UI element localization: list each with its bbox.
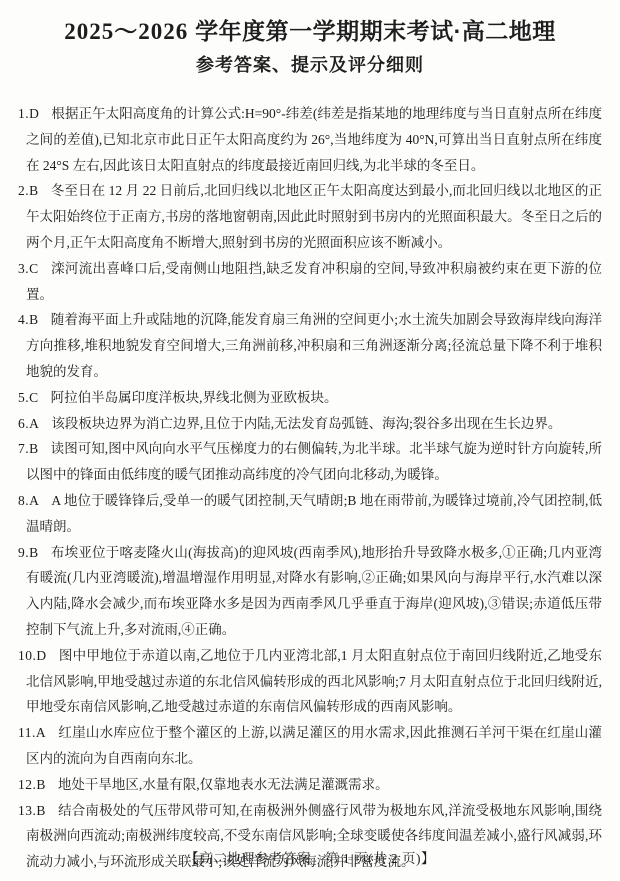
answer-label: 2.B bbox=[18, 183, 39, 198]
page-title: 2025～2026 学年度第一学期期末考试·高二地理 bbox=[18, 16, 602, 47]
answer-text: 根据正午太阳高度角的计算公式:H=90°-纬差(纬差是指某地的地理纬度与当日直射… bbox=[26, 106, 602, 173]
answer-label: 7.B bbox=[18, 441, 39, 456]
answer-item: 4.B随着海平面上升或陆地的沉降,能发育扇三角洲的空间更小;水土流失加剧会导致海… bbox=[18, 307, 602, 384]
page-subtitle: 参考答案、提示及评分细则 bbox=[18, 53, 602, 77]
answer-label: 9.B bbox=[18, 545, 39, 560]
answer-item: 1.D根据正午太阳高度角的计算公式:H=90°-纬差(纬差是指某地的地理纬度与当… bbox=[18, 101, 602, 178]
answer-item: 6.A该段板块边界为消亡边界,且位于内陆,无法发育岛弧链、海沟;裂谷多出现在生长… bbox=[18, 411, 602, 437]
answer-text: 冬至日在 12 月 22 日前后,北回归线以北地区正午太阳高度达到最小,而北回归… bbox=[26, 183, 602, 250]
answer-label: 8.A bbox=[18, 493, 39, 508]
title-year: 2025～2026 bbox=[64, 19, 188, 44]
answer-label: 3.C bbox=[18, 261, 39, 276]
answer-text: 滦河流出喜峰口后,受南侧山地阻挡,缺乏发育冲积扇的空间,导致冲积扇被约束在更下游… bbox=[26, 261, 602, 302]
answer-label: 10.D bbox=[18, 648, 47, 663]
page-header: 2025～2026 学年度第一学期期末考试·高二地理 参考答案、提示及评分细则 bbox=[18, 16, 602, 77]
page-footer: 【高二地理参考答案 第 1 页(共 2 页)】 bbox=[0, 847, 620, 867]
answer-label: 4.B bbox=[18, 312, 39, 327]
answer-item: 10.D图中甲地位于赤道以南,乙地位于几内亚湾北部,1 月太阳直射点位于南回归线… bbox=[18, 643, 602, 720]
answer-text: 随着海平面上升或陆地的沉降,能发育扇三角洲的空间更小;水土流失加剧会导致海岸线向… bbox=[26, 312, 602, 379]
answer-item: 8.AA 地位于暖锋锋后,受单一的暖气团控制,天气晴朗;B 地在雨带前,为暖锋过… bbox=[18, 488, 602, 540]
answer-text: A 地位于暖锋锋后,受单一的暖气团控制,天气晴朗;B 地在雨带前,为暖锋过境前,… bbox=[26, 493, 602, 534]
title-text: 学年度第一学期期末考试·高二地理 bbox=[188, 18, 556, 44]
answer-item: 2.B冬至日在 12 月 22 日前后,北回归线以北地区正午太阳高度达到最小,而… bbox=[18, 178, 602, 255]
answer-label: 13.B bbox=[18, 803, 46, 818]
answer-item: 11.A红崖山水库应位于整个灌区的上游,以满足灌区的用水需求,因此推测石羊河干渠… bbox=[18, 720, 602, 772]
answer-label: 11.A bbox=[18, 725, 46, 740]
document-page: 2025～2026 学年度第一学期期末考试·高二地理 参考答案、提示及评分细则 … bbox=[0, 0, 620, 881]
answer-label: 12.B bbox=[18, 777, 46, 792]
answer-item: 9.B布埃亚位于喀麦隆火山(海拔高)的迎风坡(西南季风),地形抬升导致降水极多,… bbox=[18, 540, 602, 643]
answer-text: 读图可知,图中风向向水平气压梯度力的右侧偏转,为北半球。北半球气旋为逆时针方向旋… bbox=[26, 441, 602, 482]
answer-item: 7.B读图可知,图中风向向水平气压梯度力的右侧偏转,为北半球。北半球气旋为逆时针… bbox=[18, 436, 602, 488]
footer-text: 【高二地理参考答案 第 1 页(共 2 页)】 bbox=[185, 851, 435, 866]
answer-text: 布埃亚位于喀麦隆火山(海拔高)的迎风坡(西南季风),地形抬升导致降水极多,①正确… bbox=[26, 545, 602, 637]
answer-item: 3.C滦河流出喜峰口后,受南侧山地阻挡,缺乏发育冲积扇的空间,导致冲积扇被约束在… bbox=[18, 256, 602, 308]
answer-text: 阿拉伯半岛属印度洋板块,界线北侧为亚欧板块。 bbox=[51, 390, 338, 405]
answer-label: 5.C bbox=[18, 390, 39, 405]
answer-text: 图中甲地位于赤道以南,乙地位于几内亚湾北部,1 月太阳直射点位于南回归线附近,乙… bbox=[26, 648, 602, 715]
answer-text: 该段板块边界为消亡边界,且位于内陆,无法发育岛弧链、海沟;裂谷多出现在生长边界。 bbox=[51, 416, 561, 431]
answer-text: 地处干旱地区,水量有限,仅靠地表水无法满足灌溉需求。 bbox=[58, 777, 389, 792]
answer-item: 5.C阿拉伯半岛属印度洋板块,界线北侧为亚欧板块。 bbox=[18, 385, 602, 411]
answer-list: 1.D根据正午太阳高度角的计算公式:H=90°-纬差(纬差是指某地的地理纬度与当… bbox=[18, 101, 602, 875]
answer-text: 红崖山水库应位于整个灌区的上游,以满足灌区的用水需求,因此推测石羊河干渠在红崖山… bbox=[26, 725, 602, 766]
answer-label: 6.A bbox=[18, 416, 39, 431]
answer-item: 12.B地处干旱地区,水量有限,仅靠地表水无法满足灌溉需求。 bbox=[18, 772, 602, 798]
answer-label: 1.D bbox=[18, 106, 39, 121]
